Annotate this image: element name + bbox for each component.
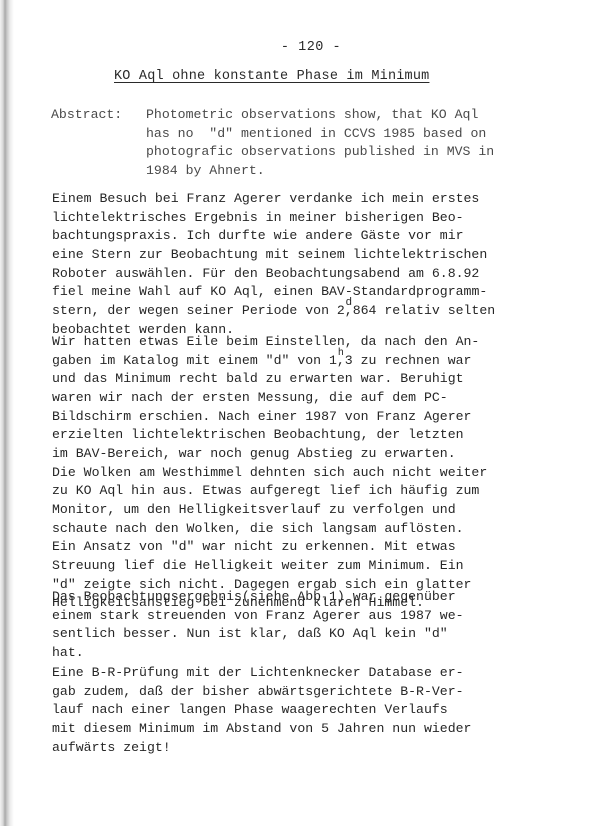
text-line: zu KO Aql hin aus. Etwas aufgeregt lief …	[52, 482, 487, 501]
text-line: stern, der wegen seiner Periode von 2,86…	[52, 302, 495, 321]
text-line: erzielten lichtelektrischen Beobachtung,…	[52, 426, 487, 445]
text-line: Monitor, um den Helligkeitsverlauf zu ve…	[52, 501, 487, 520]
paragraph-result: Das Beobachtungsergebnis(siehe Abb.1) wa…	[52, 588, 464, 663]
annotated-anchor: -d	[345, 283, 353, 302]
page-number: - 120 -	[0, 40, 594, 55]
text-line: Das Beobachtungsergebnis(siehe Abb.1) wa…	[52, 588, 464, 607]
abstract-text: Photometric observations show, that KO A…	[146, 106, 494, 181]
text-line: Roboter auswählen. Für den Beobachtungsa…	[52, 265, 495, 284]
text-line: schaute nach den Wolken, die sich langsa…	[52, 520, 487, 539]
text-line: einem stark streuenden von Franz Agerer …	[52, 607, 464, 626]
text-line: gab zudem, daß der bisher abwärtsgericht…	[52, 683, 471, 702]
text-line: Bildschirm erschien. Nach einer 1987 von…	[52, 408, 487, 427]
abstract-line: 1984 by Ahnert.	[146, 162, 494, 181]
text-line: Streuung lief die Helligkeit weiter zum …	[52, 557, 487, 576]
paragraph-visit: Einem Besuch bei Franz Agerer verdanke i…	[52, 190, 495, 339]
text-line: sentlich besser. Nun ist klar, daß KO Aq…	[52, 625, 464, 644]
unit-mark: h	[338, 349, 344, 359]
abstract-label: Abstract:	[51, 106, 146, 181]
abstract-line: photografic observations published in MV…	[146, 143, 494, 162]
text-line: Ein Ansatz von "d" war nicht zu erkennen…	[52, 538, 487, 557]
text-line: bachtungspraxis. Ich durfte wie andere G…	[52, 227, 495, 246]
text-line: Die Wolken am Westhimmel dehnten sich au…	[52, 464, 487, 483]
text-line: fiel meine Wahl auf KO Aql, einen BAV-dS…	[52, 283, 495, 302]
text-line: eine Stern zur Beobachtung mit seinem li…	[52, 246, 495, 265]
article-title: KO Aql ohne konstante Phase im Minimum	[114, 69, 429, 84]
text-line: und das Minimum recht bald zu erwarten w…	[52, 370, 487, 389]
annotated-anchor: 1,3h	[329, 352, 353, 371]
text-line: hat.	[52, 644, 464, 663]
text-line: Einem Besuch bei Franz Agerer verdanke i…	[52, 190, 495, 209]
unit-mark: d	[345, 298, 352, 309]
text-line: lauf nach einer langen Phase waagerechte…	[52, 701, 471, 720]
text-line: im BAV-Bereich, war noch genug Abstieg z…	[52, 445, 487, 464]
abstract-block: Abstract: Photometric observations show,…	[51, 106, 494, 181]
text-line: Eine B-R-Prüfung mit der Lichtenknecker …	[52, 664, 471, 683]
text-line: waren wir nach der ersten Messung, die a…	[52, 389, 487, 408]
text-line: aufwärts zeigt!	[52, 739, 471, 758]
paragraph-b-r-check: Eine B-R-Prüfung mit der Lichtenknecker …	[52, 664, 471, 757]
abstract-line: has no "d" mentioned in CCVS 1985 based …	[146, 125, 494, 144]
text-line: Wir hatten etwas Eile beim Einstellen, d…	[52, 333, 487, 352]
text-line: lichtelektrisches Ergebnis in meiner bis…	[52, 209, 495, 228]
paragraph-observation: Wir hatten etwas Eile beim Einstellen, d…	[52, 333, 487, 613]
document-page: - 120 - KO Aql ohne konstante Phase im M…	[0, 0, 594, 826]
text-line: gaben im Katalog mit einem "d" von 1,3h …	[52, 352, 487, 371]
text-line: mit diesem Minimum im Abstand von 5 Jahr…	[52, 720, 471, 739]
abstract-line: Photometric observations show, that KO A…	[146, 106, 494, 125]
